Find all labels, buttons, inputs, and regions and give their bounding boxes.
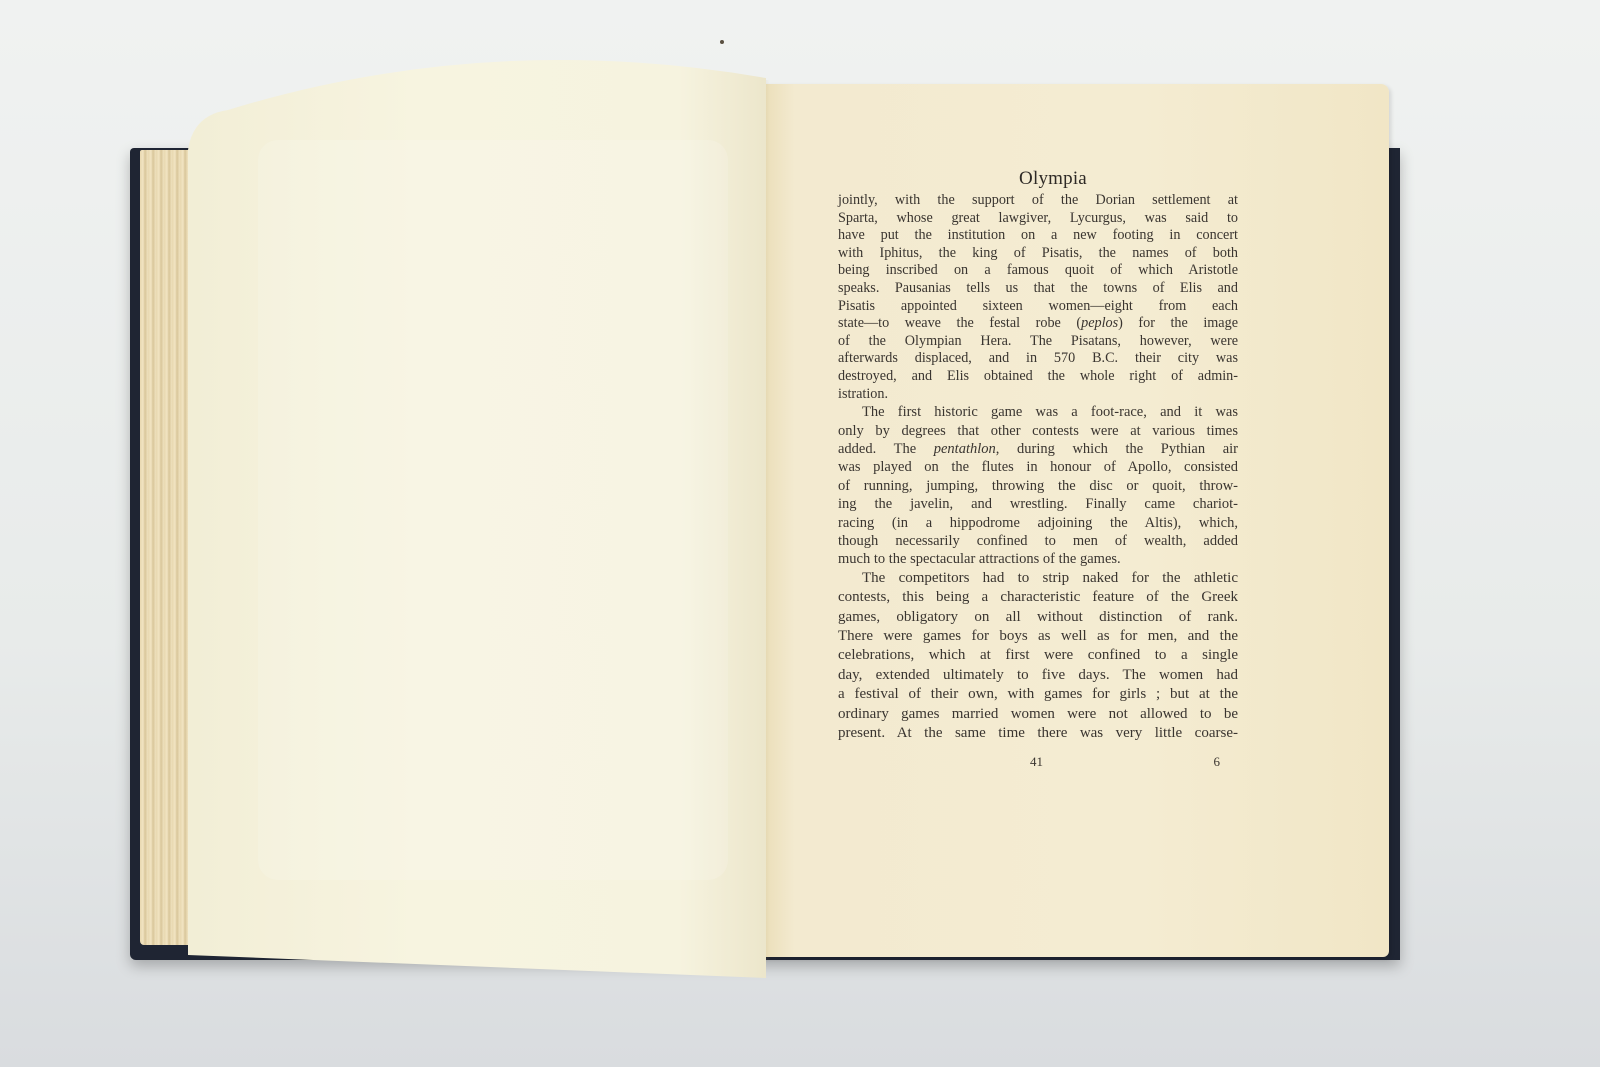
text-line: The first historic game was a foot-race,… bbox=[838, 403, 1238, 421]
left-page-plate-impression bbox=[258, 140, 728, 880]
text-line: racing (in a hippodrome adjoining the Al… bbox=[838, 514, 1238, 532]
text-line: ordinary games married women were not al… bbox=[838, 705, 1238, 724]
text-line: games, obligatory on all without distinc… bbox=[838, 608, 1238, 627]
page-text: Olympia jointly, with the support of the… bbox=[838, 168, 1238, 743]
signature-mark: 6 bbox=[1214, 754, 1221, 770]
page-footer: 41 6 bbox=[1030, 754, 1220, 770]
paragraph-3: The competitors had to strip naked for t… bbox=[838, 569, 1238, 744]
running-head: Olympia bbox=[838, 168, 1238, 190]
text-line: celebrations, which at first were confin… bbox=[838, 646, 1238, 665]
text-line: have put the institution on a new footin… bbox=[838, 227, 1238, 245]
paragraph-2: The first historic game was a foot-race,… bbox=[838, 403, 1238, 569]
text-line: The competitors had to strip naked for t… bbox=[838, 569, 1238, 588]
book-photo: Olympia jointly, with the support of the… bbox=[0, 0, 1600, 1067]
text-line: much to the spectacular attractions of t… bbox=[838, 550, 1238, 568]
text-line: ing the javelin, and wrestling. Finally … bbox=[838, 495, 1238, 513]
text-line: Sparta, whose great lawgiver, Lycurgus, … bbox=[838, 210, 1238, 228]
paragraph-1: jointly, with the support of the Dorian … bbox=[838, 192, 1238, 403]
text-line: a festival of their own, with games for … bbox=[838, 685, 1238, 704]
text-line: added. The pentathlon, during which the … bbox=[838, 440, 1238, 458]
text-line: of the Olympian Hera. The Pisatans, howe… bbox=[838, 333, 1238, 351]
text-line: state—to weave the festal robe (peplos) … bbox=[838, 315, 1238, 333]
dust-speck bbox=[720, 40, 724, 44]
text-line: only by degrees that other contests were… bbox=[838, 422, 1238, 440]
text-line: jointly, with the support of the Dorian … bbox=[838, 192, 1238, 210]
text-line: Pisatis appointed sixteen women—eight fr… bbox=[838, 298, 1238, 316]
text-line: was played on the flutes in honour of Ap… bbox=[838, 458, 1238, 476]
text-line: being inscribed on a famous quoit of whi… bbox=[838, 262, 1238, 280]
text-line: present. At the same time there was very… bbox=[838, 724, 1238, 743]
page-number: 41 bbox=[1030, 754, 1043, 770]
text-line: There were games for boys as well as for… bbox=[838, 627, 1238, 646]
text-line: speaks. Pausanias tells us that the town… bbox=[838, 280, 1238, 298]
text-line: contests, this being a characteristic fe… bbox=[838, 588, 1238, 607]
text-line: though necessarily confined to men of we… bbox=[838, 532, 1238, 550]
text-line: destroyed, and Elis obtained the whole r… bbox=[838, 368, 1238, 386]
text-line: istration. bbox=[838, 386, 1238, 404]
text-line: afterwards displaced, and in 570 B.C. th… bbox=[838, 350, 1238, 368]
text-line: day, extended ultimately to five days. T… bbox=[838, 666, 1238, 685]
text-line: with Iphitus, the king of Pisatis, the n… bbox=[838, 245, 1238, 263]
left-page-blank bbox=[188, 40, 766, 978]
text-line: of running, jumping, throwing the disc o… bbox=[838, 477, 1238, 495]
